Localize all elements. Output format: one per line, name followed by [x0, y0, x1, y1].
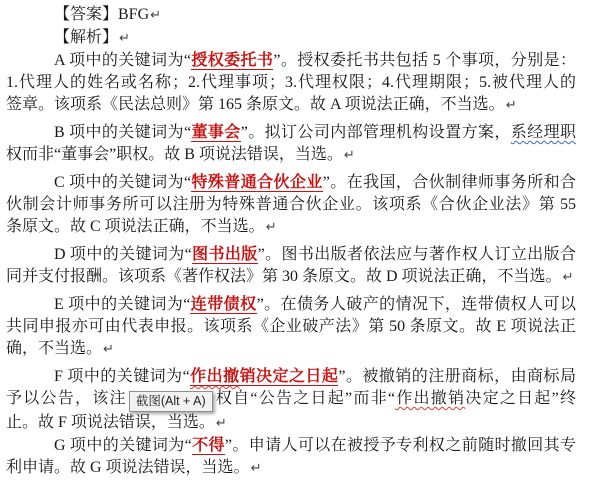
text-line: 予以公告，该注截图(Alt + A)权自“公告之日起”而非“作出撤销决定之日起”…	[6, 388, 576, 412]
text-run: ”。拟订公司内部管理机构设置方案，	[241, 124, 511, 141]
text-line: F 项中的关键词为“作出撤销决定之日起”。被撤销的注册商标，由商标局	[6, 366, 576, 388]
keyword-highlight: 作出撤	[190, 368, 240, 386]
text-run: ”。图书出版者依法应与著作权人订立出版合	[258, 246, 576, 263]
text-line: D 项中的关键词为“图书出版”。图书出版者依法应与著作权人订立出版合	[6, 244, 576, 266]
text-run: 予以公告，该注	[6, 390, 127, 407]
paragraph-mark: ↵	[215, 416, 227, 431]
document-page: 【答案】BFG↵【解析】↵A 项中的关键词为“授权委托书”。授权委托书共包括 5…	[0, 0, 600, 491]
paragraph: D 项中的关键词为“图书出版”。图书出版者依法应与著作权人订立出版合同并支付报酬…	[6, 244, 576, 289]
text-run: ”。在我国，合伙制律师事务所和合	[323, 174, 576, 191]
paragraph: E 项中的关键词为“连带债权”。在债务人破产的情况下，连带债权人可以共同申报亦可…	[6, 294, 576, 361]
keyword-highlight: 销决定之日起	[240, 368, 339, 386]
text-run: B 项中的关键词为“	[54, 124, 191, 141]
text-line: C 项中的关键词为“特殊普通合伙企业”。在我国，合伙制律师事务所和合	[6, 172, 576, 194]
text-run: 同并支付报酬。该项系《著作权法》第 30 条原文。故 D 项说法正确，不当选。	[6, 268, 562, 285]
text-run: 权而非“董事会”职权。故 B 项说法错误，当选。	[6, 146, 343, 163]
text-line: 确，不当选。↵	[6, 338, 576, 361]
text-run: 共同申报亦可由代表申报。该项系《企业破产法》第 50 条原文。故 E 项说法正	[6, 318, 576, 335]
screenshot-tooltip: 截图(Alt + A)	[129, 391, 213, 412]
text-line: 共同申报亦可由代表申报。该项系《企业破产法》第 50 条原文。故 E 项说法正	[6, 316, 576, 338]
paragraph: C 项中的关键词为“特殊普通合伙企业”。在我国，合伙制律师事务所和合伙制会计师事…	[6, 172, 576, 239]
text-line: 止。故 F 项说法错误，当选。↵	[6, 412, 576, 435]
text-run: D 项中的关键词为“	[54, 246, 192, 263]
paragraph: 【答案】BFG↵	[6, 4, 576, 27]
text-run: 伙制会计师事务所可以注册为特殊普通合伙企业。该项系《合伙企业法》第 55	[6, 196, 576, 213]
keyword-highlight: 董事会	[191, 124, 241, 142]
paragraph-mark: ↵	[102, 342, 114, 357]
text-run: 条原文。故 C 项说法正确，不当选。	[6, 218, 265, 235]
text-line: B 项中的关键词为“董事会”。拟订公司内部管理机构设置方案，系经理职	[6, 122, 576, 144]
spellcheck-wavy-run: 作出撤销	[395, 390, 465, 407]
text-run: ”。被撤销的注册商标，由商标局	[338, 368, 576, 385]
text-line: 利申请。故 G 项说法错误，当选。↵	[6, 457, 576, 480]
text-run: 决定之日起”终	[465, 390, 576, 407]
text-run: 签章。该项系《民法总则》第 165 条原文。故 A 项说法正确，不当选。	[6, 96, 505, 113]
keyword-highlight: 不得	[192, 437, 225, 455]
paragraph-mark: ↵	[265, 220, 277, 235]
paragraph-mark: ↵	[118, 31, 130, 46]
paragraph: G 项中的关键词为“不得”。申请人可以在被授予专利权之前随时撤回其专利申请。故 …	[6, 435, 576, 480]
text-line: A 项中的关键词为“授权委托书”。授权委托书共包括 5 个事项，分别是：	[6, 50, 576, 72]
paragraph-mark: ↵	[149, 8, 161, 23]
text-line: 1.代理人的姓名或名称；2.代理事项；3.代理权限；4.代理期限；5.被代理人的	[6, 72, 576, 94]
text-run: 【解析】	[54, 29, 118, 46]
text-line: 权而非“董事会”职权。故 B 项说法错误，当选。↵	[6, 144, 576, 167]
paragraph: 【解析】↵	[6, 27, 576, 50]
text-run: F 项中的关键词为“	[54, 368, 190, 385]
paragraph-mark: ↵	[250, 461, 262, 476]
text-run: 确，不当选。	[6, 340, 102, 357]
text-run: G 项中的关键词为“	[54, 437, 192, 454]
paragraph: A 项中的关键词为“授权委托书”。授权委托书共包括 5 个事项，分别是：1.代理…	[6, 50, 576, 117]
screenshot-tooltip-label: 截图(Alt + A)	[136, 394, 206, 408]
paragraph: F 项中的关键词为“作出撤销决定之日起”。被撤销的注册商标，由商标局予以公告，该…	[6, 366, 576, 435]
text-run: E 项中的关键词为“	[54, 296, 190, 313]
text-line: G 项中的关键词为“不得”。申请人可以在被授予专利权之前随时撤回其专	[6, 435, 576, 457]
text-run: 利申请。故 G 项说法错误，当选。	[6, 459, 250, 476]
grammar-wavy-run: 系经理职	[511, 124, 576, 141]
text-run: 权自“公告之日起”而非“	[215, 390, 395, 407]
text-line: 签章。该项系《民法总则》第 165 条原文。故 A 项说法正确，不当选。↵	[6, 94, 576, 117]
text-run: C 项中的关键词为“	[54, 174, 191, 191]
text-run: ”。授权委托书共包括 5 个事项，分别是：	[273, 52, 576, 69]
text-line: E 项中的关键词为“连带债权”。在债务人破产的情况下，连带债权人可以	[6, 294, 576, 316]
paragraph-mark: ↵	[343, 148, 355, 163]
text-run: ”。申请人可以在被授予专利权之前随时撤回其专	[225, 437, 576, 454]
document-body: 【答案】BFG↵【解析】↵A 项中的关键词为“授权委托书”。授权委托书共包括 5…	[6, 4, 576, 480]
text-run: 【答案】BFG	[54, 6, 149, 23]
text-run: ”。在债务人破产的情况下，连带债权人可以	[257, 296, 576, 313]
text-run: A 项中的关键词为“	[54, 52, 191, 69]
keyword-highlight: 授权委托书	[191, 52, 273, 70]
paragraph-mark: ↵	[562, 270, 574, 285]
text-run: 止。故 F 项说法错误，当选。	[6, 414, 215, 431]
keyword-highlight: 图书出版	[192, 246, 258, 264]
keyword-highlight: 连带债权	[190, 296, 256, 314]
text-line: 条原文。故 C 项说法正确，不当选。↵	[6, 216, 576, 239]
paragraph-mark: ↵	[505, 98, 517, 113]
keyword-highlight: 特殊普通合伙企业	[191, 174, 323, 192]
text-run: 1.代理人的姓名或名称；2.代理事项；3.代理权限；4.代理期限；5.被代理人的	[6, 74, 576, 91]
paragraph: B 项中的关键词为“董事会”。拟订公司内部管理机构设置方案，系经理职权而非“董事…	[6, 122, 576, 167]
text-line: 同并支付报酬。该项系《著作权法》第 30 条原文。故 D 项说法正确，不当选。↵	[6, 266, 576, 289]
text-line: 【答案】BFG↵	[6, 4, 576, 27]
text-line: 【解析】↵	[6, 27, 576, 50]
text-line: 伙制会计师事务所可以注册为特殊普通合伙企业。该项系《合伙企业法》第 55	[6, 194, 576, 216]
